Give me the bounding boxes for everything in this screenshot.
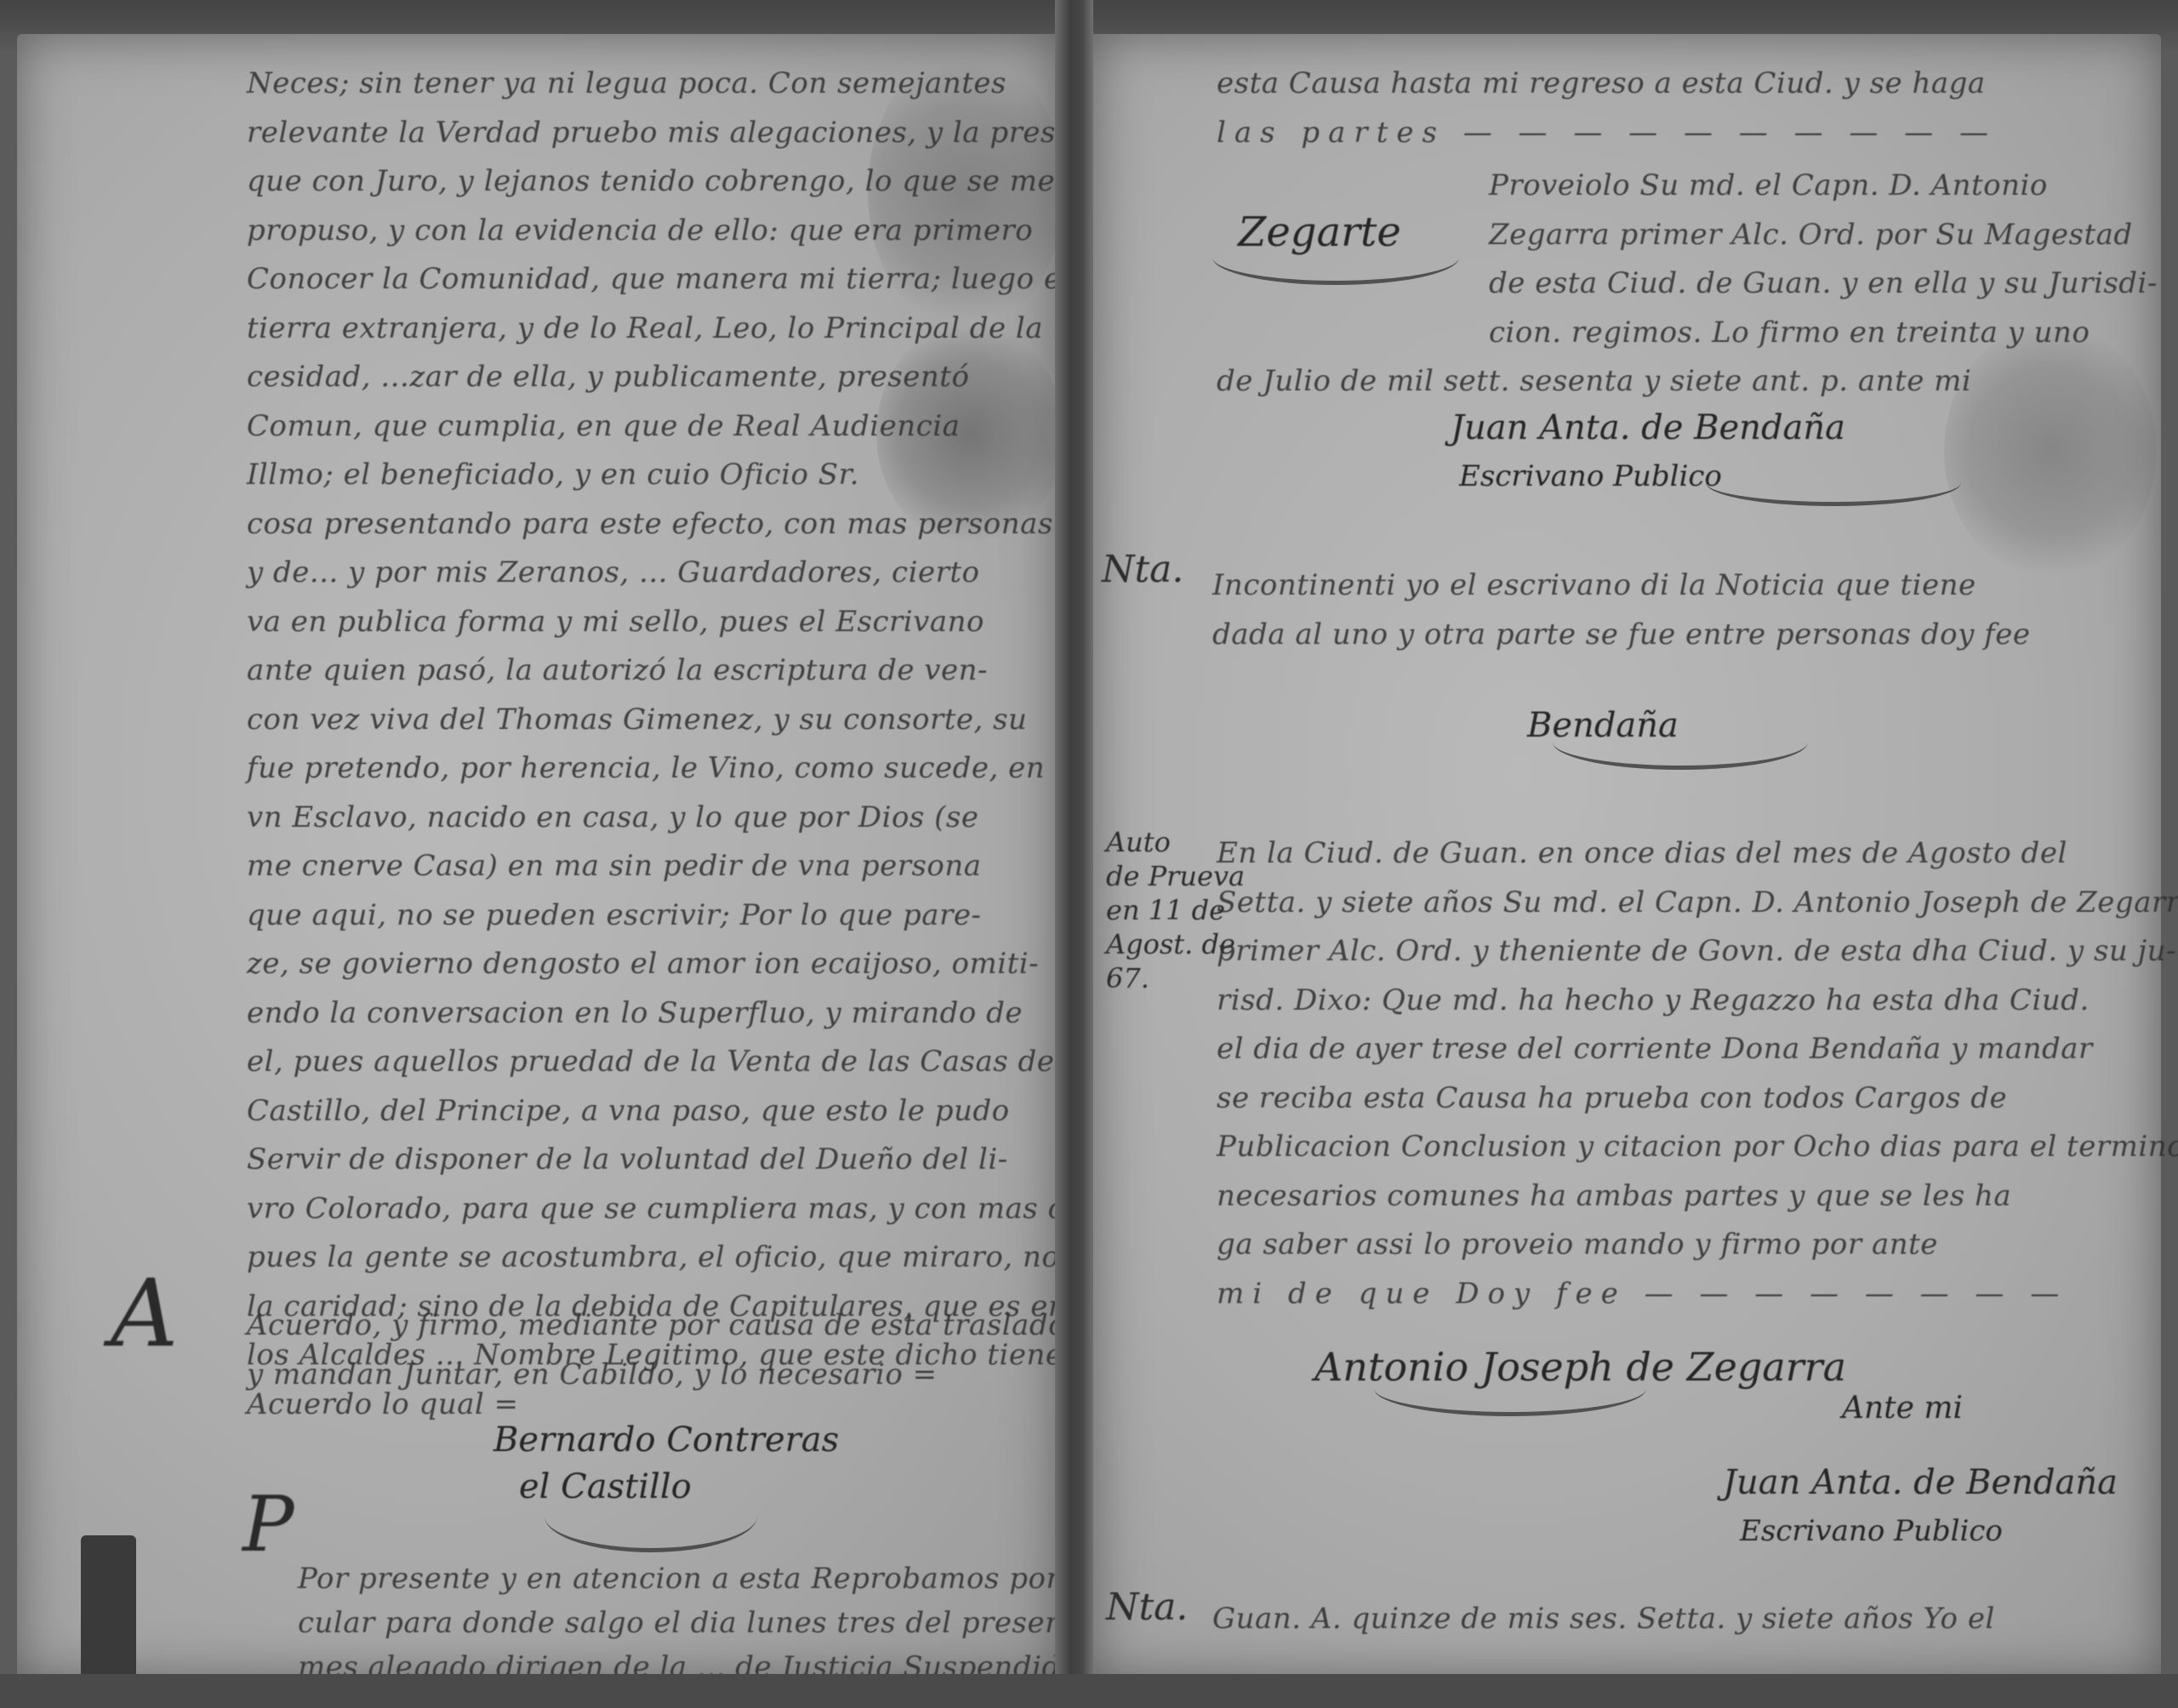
text-line: esta Causa hasta mi regreso a esta Ciud.… (1217, 60, 1997, 109)
left-page: Neces; sin tener ya ni legua poca. Con s… (17, 34, 1059, 1680)
text-line: ze, se govierno dengosto el amor ion eca… (247, 940, 1148, 989)
text-line: tierra extranjera, y de lo Real, Leo, lo… (247, 305, 1148, 354)
text-line: propuso, y con la evidencia de ello: que… (247, 207, 1148, 256)
bottom-edge (0, 1674, 2178, 1708)
text-line: fue pretendo, por herencia, le Vino, com… (247, 744, 1148, 794)
text-line: que aqui, no se pueden escrivir; Por lo … (247, 891, 1148, 941)
signature-flourish (1374, 1361, 1646, 1416)
signature-flourish (1553, 715, 1808, 770)
text-line: vn Esclavo, nacido en casa, y lo que por… (247, 794, 1148, 843)
left-page-body: Neces; sin tener ya ni legua poca. Con s… (247, 60, 1148, 1429)
text-line: necesarios comunes ha ambas partes y que… (1217, 1172, 2178, 1221)
text-line: el dia de ayer trese del corriente Dona … (1217, 1025, 2178, 1074)
text-line: pues la gente se acostumbra, el oficio, … (247, 1233, 1148, 1283)
text-line: Zegarra primer Alc. Ord. por Su Magestad (1489, 211, 2158, 260)
margin-label: Nta. (1102, 553, 1183, 587)
text-line: Conocer la Comunidad, que manera mi tier… (247, 255, 1148, 305)
decree-text-continued: de Julio de mil sett. sesenta y siete an… (1217, 357, 1971, 407)
signature-title: Ante mi (1842, 1391, 1963, 1426)
text-line: las partes — — — — — — — — — — (1217, 109, 1997, 158)
bottom-note-text: Guan. A. quinze de mis ses. Setta. y sie… (1212, 1595, 1995, 1644)
text-line: con vez viva del Thomas Gimenez, y su co… (247, 696, 1148, 745)
decorated-initial: A (111, 1259, 178, 1368)
text-line: vro Colorado, para que se cumpliera mas,… (247, 1185, 1148, 1234)
seal-stamp (1944, 323, 2157, 578)
text-line: endo la conversacion en lo Superfluo, y … (247, 989, 1148, 1039)
text-line: primer Alc. Ord. y theniente de Govn. de… (1217, 927, 2178, 976)
text-line: Neces; sin tener ya ni legua poca. Con s… (247, 60, 1148, 109)
signature-name: Bernardo Contreras (493, 1420, 839, 1460)
text-line: cion. regimos. Lo firmo en treinta y uno (1489, 309, 2158, 358)
text-line: Setta. y siete años Su md. el Capn. D. A… (1217, 879, 2178, 928)
text-line: Incontinenti yo el escrivano di la Notic… (1212, 561, 2030, 611)
text-line: cosa presentando para este efecto, con m… (247, 500, 1148, 549)
text-line: Castillo, del Principe, a vna paso, que … (247, 1087, 1148, 1136)
text-line: ga saber assi lo proveio mando y firmo p… (1217, 1221, 2178, 1270)
text-line: y de... y por mis Zeranos, ... Guardador… (247, 549, 1148, 598)
signature-name: Juan Anta. de Bendaña (1723, 1463, 2118, 1502)
margin-label: Nta. (1106, 1591, 1188, 1625)
text-line: que con Juro, y lejanos tenido cobrengo,… (247, 157, 1148, 207)
text-line: cesidad, ...zar de ella, y publicamente,… (247, 353, 1148, 402)
signature-title: Escrivano Publico (1459, 459, 1722, 493)
text-line: y mandan Juntar, en Cabildo, y lo necesa… (247, 1351, 1154, 1400)
text-line: relevante la Verdad pruebo mis alegacion… (247, 109, 1148, 158)
text-line: ante quien pasó, la autorizó la escriptu… (247, 646, 1148, 696)
text-line: mi de que Doy fee — — — — — — — — (1217, 1270, 2178, 1319)
text-line: Acuerdo, y firmo, mediante por causa de … (247, 1301, 1154, 1351)
text-line: va en publica forma y mi sello, pues el … (247, 598, 1148, 647)
text-line: de esta Ciud. de Guan. y en ella y su Ju… (1489, 259, 2158, 309)
text-line: el, pues aquellos pruedad de la Venta de… (247, 1038, 1148, 1087)
text-line: Illmo; el beneficiado, y en cuio Oficio … (247, 451, 1148, 500)
signature-title: Escrivano Publico (1740, 1514, 2003, 1548)
text-line: Comun, que cumplia, en que de Real Audie… (247, 402, 1148, 452)
right-page: esta Causa hasta mi regreso a esta Ciud.… (1093, 34, 2161, 1680)
text-line: Proveiolo Su md. el Capn. D. Antonio (1489, 162, 2158, 211)
signature-flourish (1212, 230, 1459, 285)
text-line: dada al uno y otra parte se fue entre pe… (1212, 611, 2030, 660)
manuscript-scan: Neces; sin tener ya ni legua poca. Con s… (0, 0, 2178, 1708)
text-line: Publicacion Conclusion y citacion por Oc… (1217, 1123, 2178, 1172)
text-line: En la Ciud. de Guan. en once dias del me… (1217, 829, 2178, 879)
text-line: se reciba esta Causa ha prueba con todos… (1217, 1074, 2178, 1124)
text-line: Servir de disponer de la voluntad del Du… (247, 1136, 1148, 1185)
signature-flourish (544, 1480, 757, 1552)
signature-name: Juan Anta. de Bendaña (1451, 408, 1845, 447)
text-line: me cnerve Casa) en ma sin pedir de vna p… (247, 842, 1148, 891)
auto-text: En la Ciud. de Guan. en once dias del me… (1217, 829, 2178, 1318)
book-spine-gutter (1055, 0, 1093, 1708)
decree-text: Proveiolo Su md. el Capn. D. Antonio Zeg… (1489, 162, 2158, 357)
note-text: Incontinenti yo el escrivano di la Notic… (1212, 561, 2030, 659)
signature-flourish (1706, 459, 1961, 506)
left-page-closing: Acuerdo, y firmo, mediante por causa de … (247, 1301, 1154, 1399)
text-line: Guan. A. quinze de mis ses. Setta. y sie… (1212, 1595, 1995, 1644)
text-line: risd. Dixo: Que md. ha hecho y Regazzo h… (1217, 976, 2178, 1026)
decorated-initial: P (242, 1480, 294, 1569)
right-page-top: esta Causa hasta mi regreso a esta Ciud.… (1217, 60, 1997, 157)
text-line: de Julio de mil sett. sesenta y siete an… (1217, 357, 1971, 407)
